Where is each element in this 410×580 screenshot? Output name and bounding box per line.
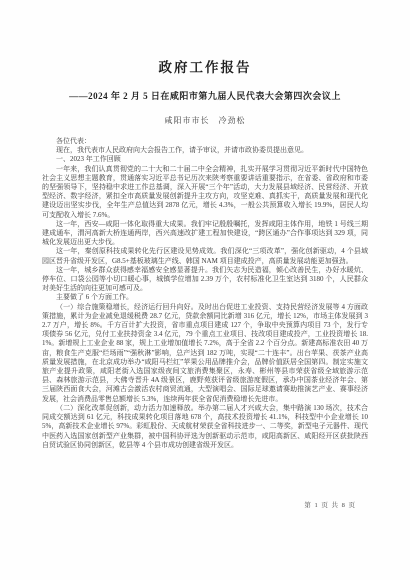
document-page: 政府工作报告 ——2024 年 2 月 5 日在咸阳市第九届人民代表大会第四次会… <box>0 0 410 580</box>
paragraph-section-one: （一）综合施策稳增长，经济运行回升向好。及时出台促进工业投资、支持民营经济发展等… <box>42 303 368 404</box>
paragraph-year-overview: 一年来，我们认真贯彻党的二十大和二十届二中全会精神，扎实开展学习贯彻习近平新时代… <box>42 165 368 220</box>
page-number: 第 1 页 共 8 页 <box>304 500 356 509</box>
section-heading-2023-review: 一、2023 年工作回顾 <box>42 155 368 164</box>
paragraph-section-two: （二）深化改革促创新，动力活力加速释放。举办第二届人才兴咸大会，集中路演 130… <box>42 404 368 450</box>
paragraph-livelihood: 这一年，城乡群众获得感幸福感安全感显著提升。我们矢志为民造福，倾心改善民生，办好… <box>42 266 368 294</box>
author-byline: 咸阳市市长 冷劲松 <box>0 115 410 126</box>
document-body: 各位代表： 现在，我代表市人民政府向大会报告工作，请予审议，并请市政协委员提出意… <box>42 137 368 450</box>
paragraph-salutation: 各位代表： <box>42 137 368 146</box>
paragraph-integration: 这一年，西安—咸阳一体化取得重大成果。我们牢记殷殷嘱托，发挥咸阳主体作用，地铁 … <box>42 220 368 248</box>
document-subtitle: ——2024 年 2 月 5 日在咸阳市第九届人民代表大会第四次会议上 <box>0 89 410 102</box>
paragraph-six-aspects: 主要做了 6 个方面工作。 <box>42 293 368 302</box>
page-title: 政府工作报告 <box>0 0 410 76</box>
paragraph-qinchuangyuan: 这一年，秦创原科技成果转化先行区建设见势成效。我们深化“三项改革”，强化创新驱动… <box>42 247 368 265</box>
